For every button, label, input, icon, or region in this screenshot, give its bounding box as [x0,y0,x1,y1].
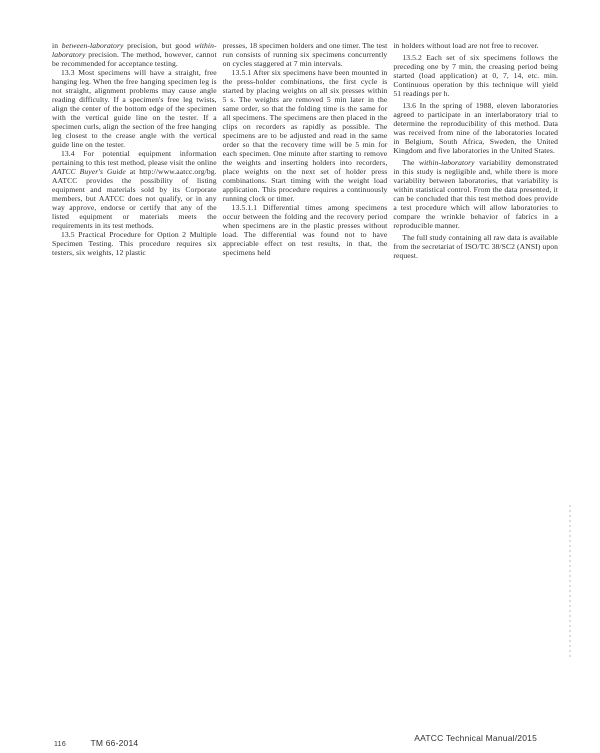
paragraph: in between-laboratory precision, but goo… [52,41,217,68]
paragraph: in holders without load are not free to … [393,41,558,50]
text-column-2: presses, 18 specimen holders and one tim… [223,41,388,260]
paragraph: 13.6 In the spring of 1988, eleven labor… [393,101,558,155]
paragraph: The within-laboratory variability demons… [393,158,558,230]
doc-number: TM 66-2014 [91,738,139,748]
page-number: 116 [54,741,66,748]
text-column-1: in between-laboratory precision, but goo… [52,41,217,260]
paragraph: 13.4 For potential equipment information… [52,149,217,230]
text-column-3: in holders without load are not free to … [393,41,558,260]
paragraph: 13.3 Most specimens will have a straight… [52,68,217,149]
paragraph: 13.5.2 Each set of six specimens follows… [393,53,558,98]
margin-vertical-text [569,505,571,657]
paragraph: presses, 18 specimen holders and one tim… [223,41,388,68]
manual-page: in between-laboratory precision, but goo… [0,0,600,753]
paragraph: The full study containing all raw data i… [393,233,558,260]
text-body: in between-laboratory precision, but goo… [52,41,558,260]
paragraph: 13.5.1 After six specimens have been mou… [223,68,388,203]
paragraph: 13.5.1.1 Differential times among specim… [223,203,388,257]
manual-title: AATCC Technical Manual/2015 [414,733,537,743]
footer-left: 116 TM 66-2014 [54,733,138,751]
paragraph: 13.5 Practical Procedure for Option 2 Mu… [52,230,217,257]
